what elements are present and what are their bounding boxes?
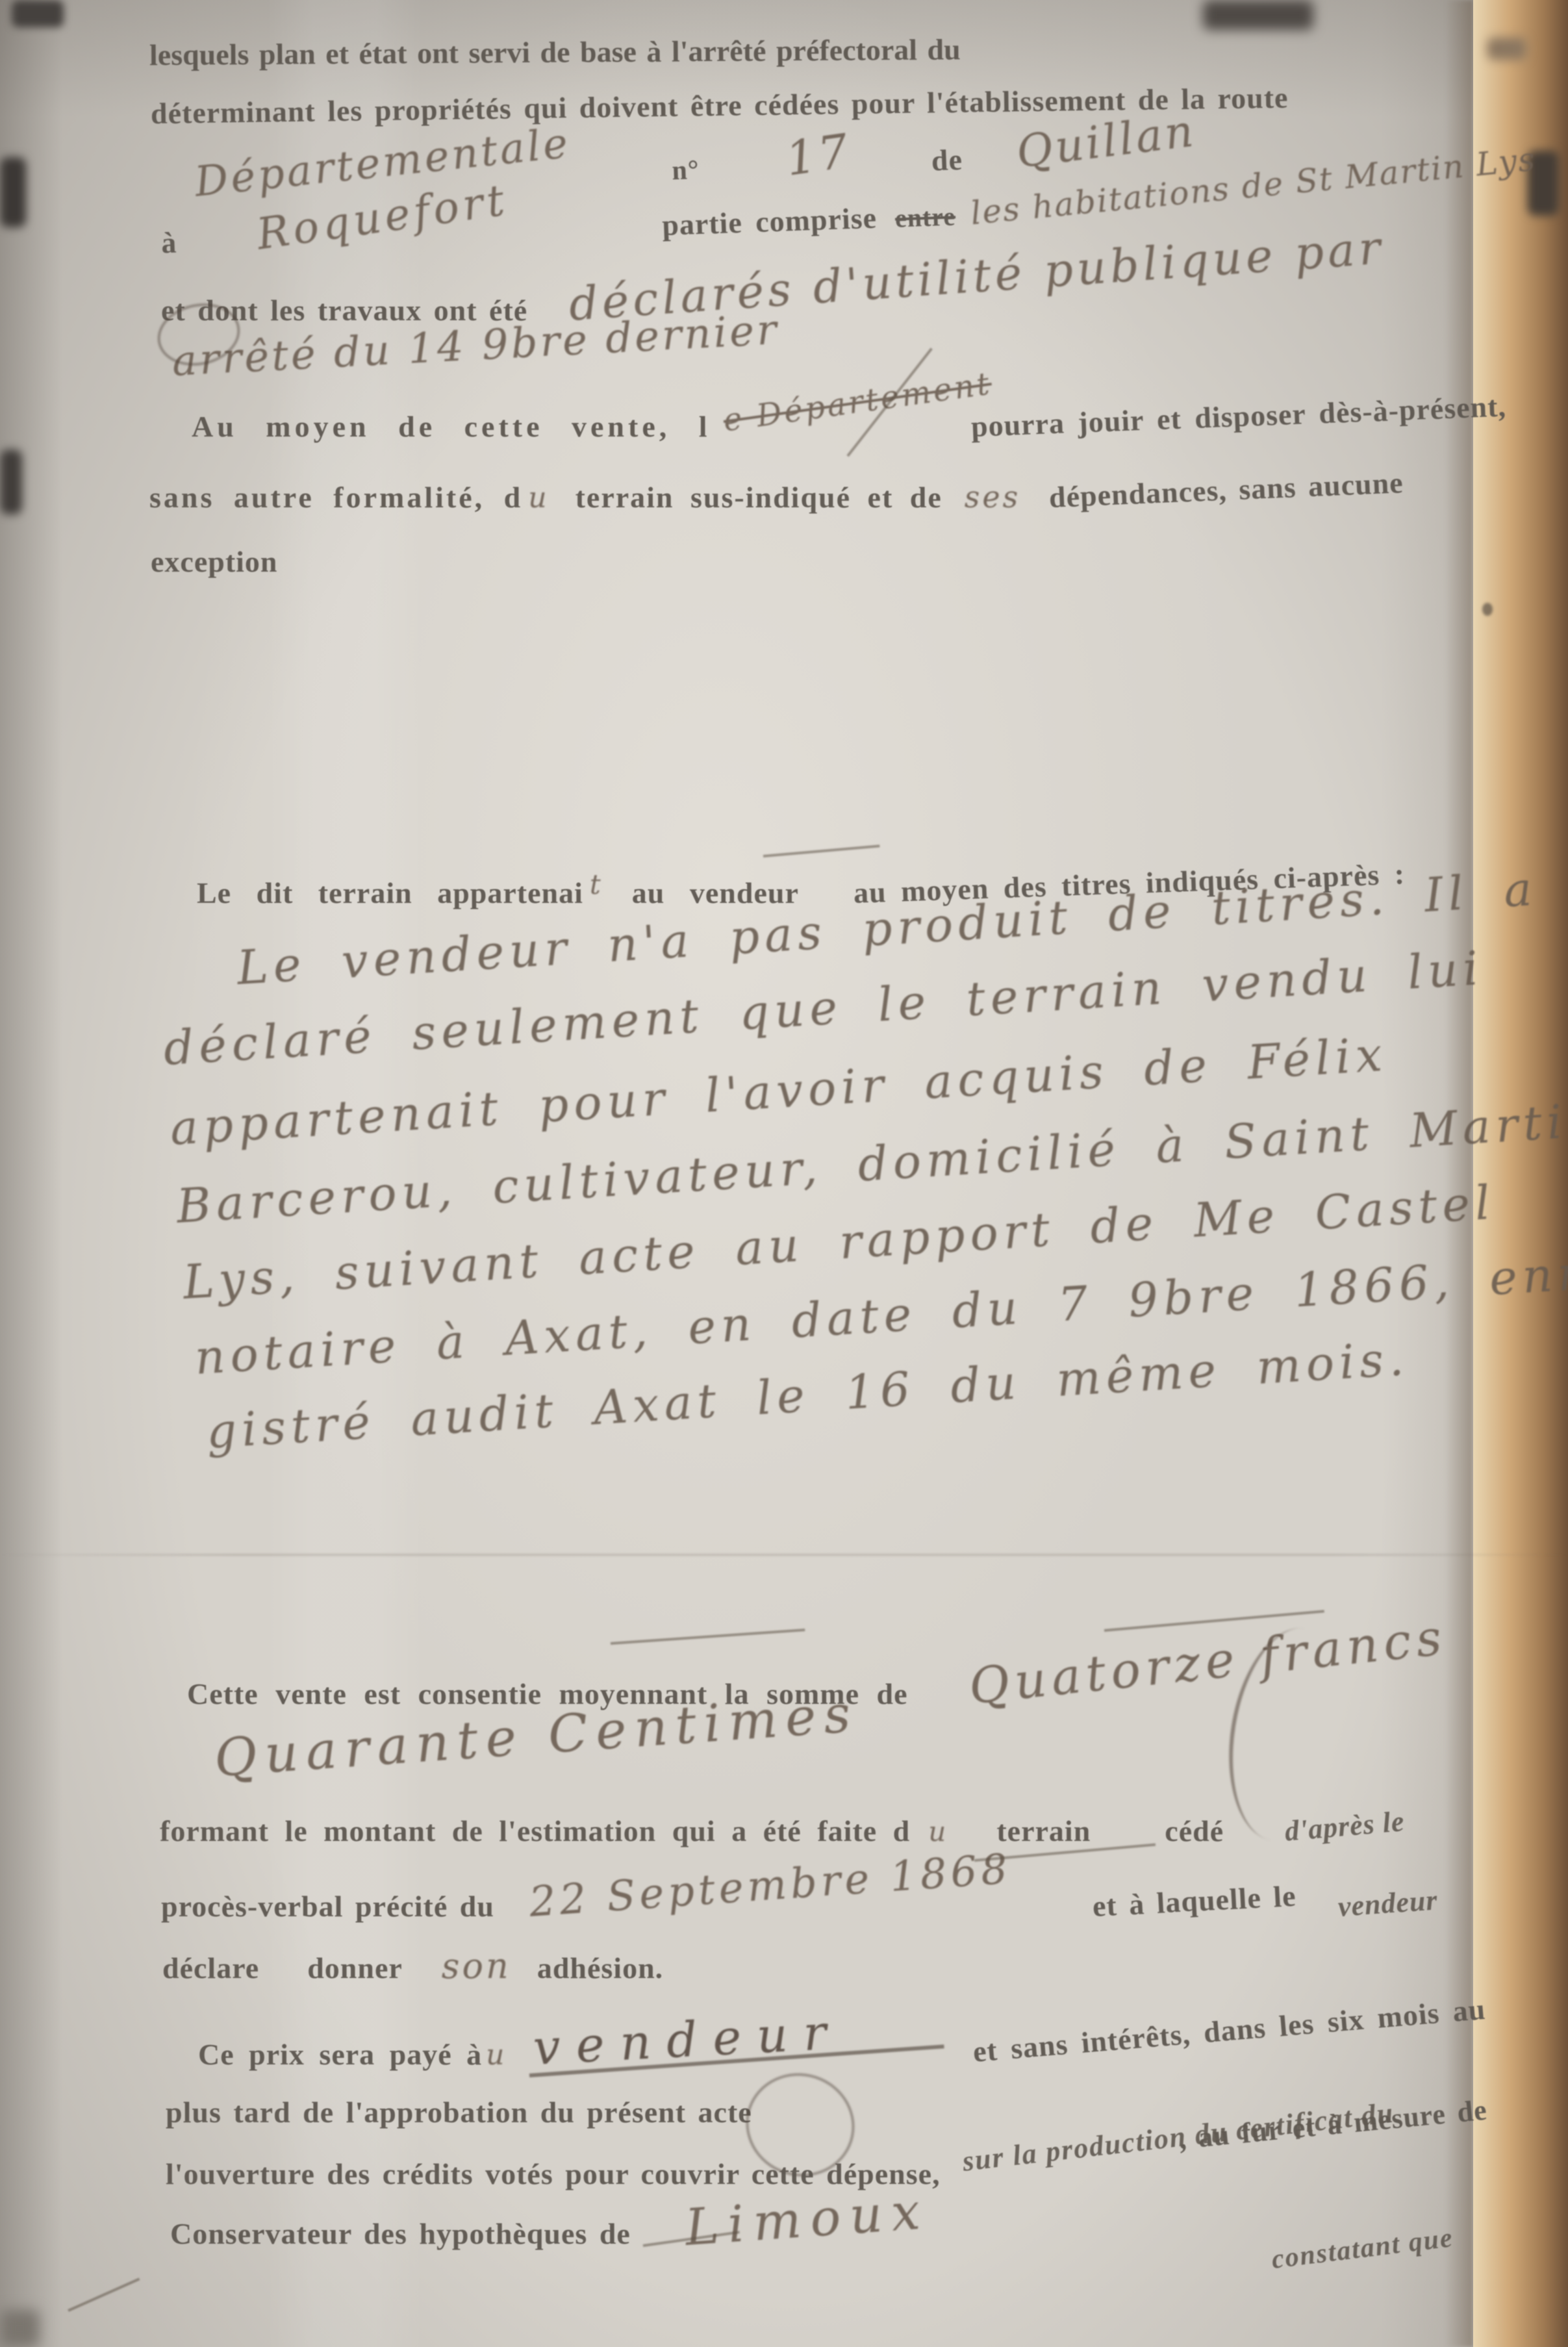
ink-flourish [763,844,880,857]
printed-italic-text: vendeur [1337,1883,1439,1923]
printed-text: terrain sus-indiqué et de [575,480,942,514]
printed-text: au vendeur [632,876,799,910]
printed-text: Conservateur des hypothèques de [170,2216,631,2251]
printed-text: terrain [996,1814,1091,1848]
handwritten-amount-francs: Quatorze francs [966,1608,1449,1716]
page-crease [0,1554,1568,1556]
printed-text: adhésion. [537,1951,663,1985]
photo-artifact [0,157,26,227]
printed-text: et sans intérêts, dans les six mois au [972,1992,1487,2069]
printed-text: déclare [162,1951,259,1985]
printed-italic-text: d'après le [1283,1805,1406,1848]
decree-line: arrêté du 14 9bre dernier [172,338,780,386]
printed-text-struck: entre [894,201,956,233]
handwritten-letter: u [928,1816,948,1847]
printed-text: Le dit terrain appartenai [197,876,583,910]
handwritten-letter-t: t [590,869,603,900]
ink-mark [68,2277,140,2311]
handwritten-payee: vendeur [531,2004,842,2076]
payment-line-right: et sans intérêts, dans les six mois au [972,1992,1487,2069]
printed-text: cédé [1165,1814,1224,1848]
approbation-line: plus tard de l'approbation du présent ac… [166,2095,752,2129]
handwritten-city: Limoux [683,2182,931,2257]
ink-flourish [611,1629,805,1645]
proces-verbal-line: procès-verbal précité du 22 Septembre 18… [161,1879,1438,1927]
printed-text: formant le montant de l'estimation qui a… [160,1814,910,1848]
printed-text: donner [307,1951,403,1985]
constatant-line: constatant que [1270,2222,1455,2276]
formality-line: sans autre formalité, d u terrain sus-in… [149,479,1404,514]
printed-text: et à laquelle le [1092,1879,1297,1923]
printed-text: dépendances, sans aucune [1048,465,1404,514]
estimation-line: formant le montant de l'estimation qui a… [160,1814,1405,1848]
printed-text: Au moyen de cette vente, l [192,409,711,444]
printed-text: pourra jouir et disposer dès-à-présent, [970,388,1507,444]
printed-text: lesquels plan et état ont servi de base … [149,32,961,72]
handwritten-letter: u [528,481,549,514]
enjoyment-clause-line: Au moyen de cette vente, l e Département… [192,408,1507,444]
printed-text: à [160,225,177,260]
handwritten-route-number: 17 [782,123,854,186]
handwritten-pv-date: 22 Septembre 1868 [527,1845,1013,1927]
photo-artifact [0,2310,39,2347]
printed-text: sans autre formalité, d [149,480,523,514]
document-photo: lesquels plan et état ont servi de base … [0,0,1568,2347]
adhesion-line: déclare donner son adhésion. [162,1946,663,1986]
printed-text: exception [151,544,278,579]
printed-text: procès-verbal précité du [161,1889,494,1923]
photo-artifact [12,0,64,27]
printed-text: l'ouverture des crédits votés pour couvr… [166,2157,941,2191]
printed-number-label: n° [672,155,700,186]
printed-text: de [931,142,963,178]
handwritten-possessive: ses [965,479,1020,514]
printed-text: plus tard de l'approbation du présent ac… [166,2095,752,2129]
printed-line-1: lesquels plan et état ont servi de base … [149,32,961,72]
printed-text: Ce prix sera payé à [198,2037,482,2072]
exception-line: exception [151,544,278,579]
credits-line: l'ouverture des crédits votés pour couvr… [166,2157,941,2191]
conservator-city: Limoux [683,2182,931,2257]
printed-text: partie comprise [661,201,878,243]
conservator-line: Conservateur des hypothèques de [170,2216,631,2251]
photo-artifact [0,450,22,514]
payment-line: Ce prix sera payé à u vendeur [198,2020,842,2076]
handwritten-possessive: son [442,1946,511,1986]
printed-italic-text: constatant que [1270,2222,1455,2276]
price-line-2: Quarante Centimes [214,1728,859,1788]
book-edge [1473,0,1568,2347]
handwritten-letter: u [486,2038,507,2072]
photo-artifact [1203,0,1313,30]
